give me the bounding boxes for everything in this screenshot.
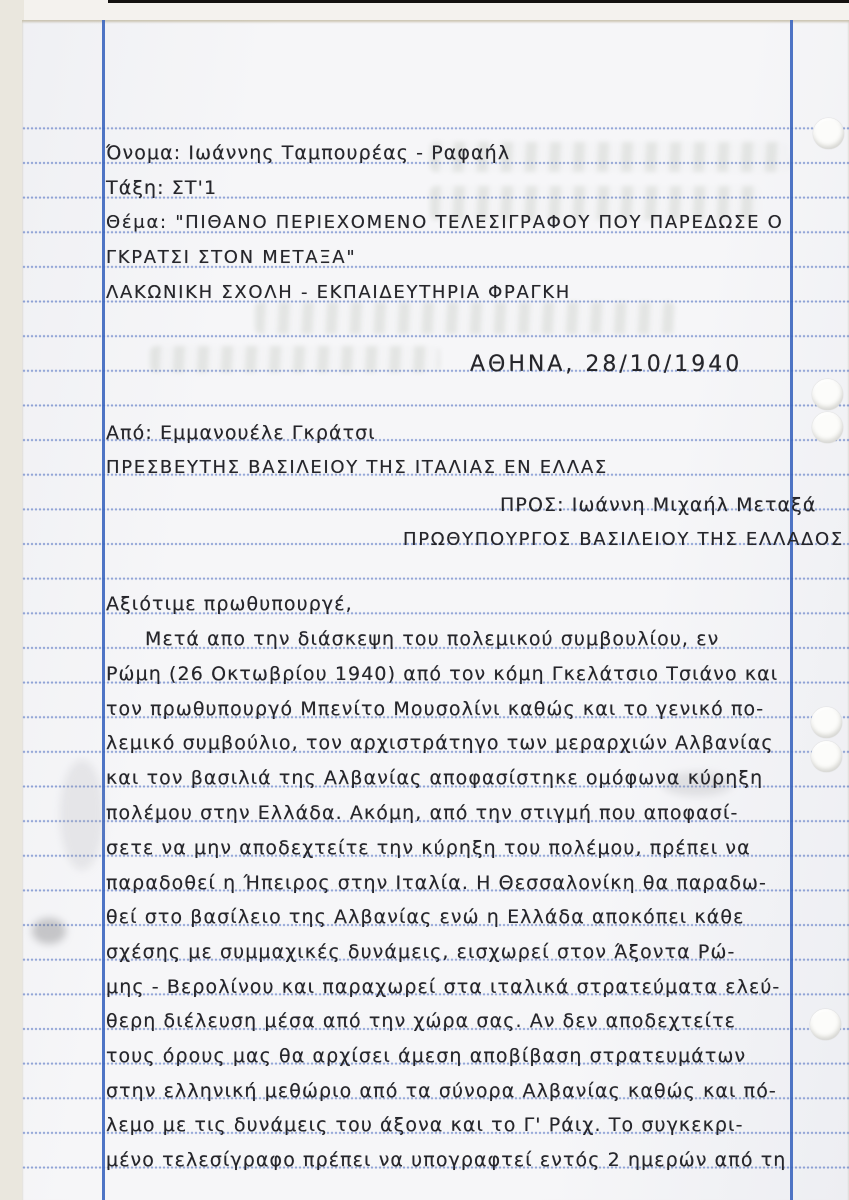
body-line: μένο τελεσίγραφο πρέπει να υπογραφτεί εν… — [106, 1147, 786, 1173]
class-line: Τάξη: ΣΤ'1 — [106, 175, 217, 201]
punch-hole — [810, 1009, 841, 1040]
punch-hole — [812, 412, 843, 443]
subject-line-2: ΓΚΡΑΤΣΙ ΣΤΟΝ ΜΕΤΑΞΑ" — [106, 245, 356, 271]
body-line: τους όρους μας θα αρχίσει άμεση αποβίβασ… — [106, 1043, 746, 1069]
ruled-lines — [22, 111, 849, 1200]
salutation-line: Αξιότιμε πρωθυπουργέ, — [106, 591, 353, 617]
notebook-paper: Όνομα: Ιωάννης Ταμπουρέας - Ραφαήλ Τάξη:… — [22, 20, 849, 1200]
body-line: παραδοθεί η Ήπειρος στην Ιταλία. Η Θεσσα… — [106, 870, 767, 896]
scanner-background-left — [0, 0, 24, 1200]
school-line: ΛΑΚΩΝΙΚΗ ΣΧΟΛΗ - ΕΚΠΑΙΔΕΥΤΗΡΙΑ ΦΡΑΓΚΗ — [106, 280, 571, 306]
body-line: θεί στο βασίλειο της Αλβανίας ενώ η Ελλά… — [106, 904, 744, 930]
punch-hole — [813, 118, 844, 149]
body-line: μης - Βερολίνου και παραχωρεί στα ιταλικ… — [106, 974, 780, 1000]
paper-smudge — [60, 760, 104, 870]
to-line-2: ΠΡΩΘΥΠΟΥΡΓΟΣ ΒΑΣΙΛΕΙΟΥ ΤΗΣ ΕΛΛΑΔΟΣ — [403, 527, 844, 553]
body-line: και τον βασιλιά της Αλβανίας αποφασίστηκ… — [106, 765, 763, 791]
punch-hole — [811, 707, 842, 738]
body-line: λεμικό συμβούλιο, τον αρχιστράτηγο των μ… — [106, 730, 774, 756]
margin-rule-right — [790, 20, 793, 1200]
scanner-background-top — [0, 0, 849, 20]
paper-smudge — [32, 918, 66, 944]
from-line-2: ΠΡΕΣΒΕΥΤΗΣ ΒΑΣΙΛΕΙΟΥ ΤΗΣ ΙΤΑΛΙΑΣ ΕΝ ΕΛΛΑ… — [106, 455, 608, 481]
scan-edge-strip — [108, 0, 849, 3]
dateline: ΑΘΗΝΑ, 28/10/1940 — [470, 352, 742, 378]
body-line: λεμο με τις δυνάμεις του άξονα και το Γ'… — [106, 1112, 744, 1138]
to-line-1: ΠΡΟΣ: Ιωάννη Μιχαήλ Μεταξά — [500, 492, 817, 518]
from-line-1: Από: Εμμανουέλε Γκράτσι — [106, 420, 376, 446]
punch-hole — [812, 379, 843, 410]
scanned-page: Όνομα: Ιωάννης Ταμπουρέας - Ραφαήλ Τάξη:… — [0, 0, 849, 1200]
margin-rule-left — [102, 20, 105, 1200]
body-line: πολέμου στην Ελλάδα. Ακόμη, από την στιγ… — [106, 800, 738, 826]
ink-bleedthrough-smudge — [150, 346, 440, 372]
body-line: σετε να μην αποδεχτείτε την κύρηξη του π… — [106, 835, 751, 861]
body-line: Ρώμη (26 Οκτωβρίου 1940) από τον κόμη Γκ… — [106, 661, 778, 687]
body-line: στην ελληνική μεθώριο από τα σύνορα Αλβα… — [106, 1078, 777, 1104]
subject-line-1: Θέμα: "ΠΙΘΑΝΟ ΠΕΡΙΕΧΟΜΕΝΟ ΤΕΛΕΣΙΓΡΑΦΟΥ Π… — [106, 210, 783, 236]
punch-hole — [811, 741, 842, 772]
body-line: Μετά απο την διάσκεψη του πολεμικού συμβ… — [145, 626, 719, 652]
body-line: θερη διέλευση μέσα από την χώρα σας. Αν … — [106, 1008, 736, 1034]
body-line: τον πρωθυπουργό Μπενίτο Μουσολίνι καθώς … — [106, 696, 764, 722]
name-line: Όνομα: Ιωάννης Ταμπουρέας - Ραφαήλ — [106, 140, 510, 166]
ink-bleedthrough-smudge — [255, 302, 675, 334]
body-line: σχέσης με συμμαχικές δυνάμεις, εισχωρεί … — [106, 939, 735, 965]
